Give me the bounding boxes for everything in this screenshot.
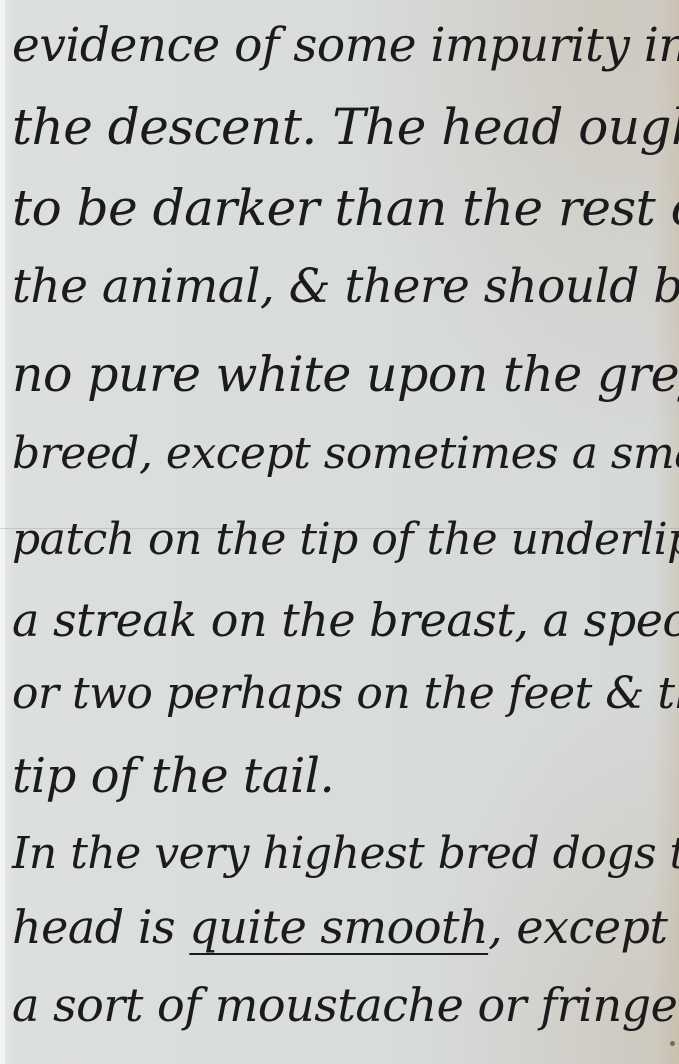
text-line-5: no pure white upon the grey (12, 350, 679, 399)
text-line-4: the animal, & there should be (12, 263, 679, 310)
text-line-3: to be darker than the rest of (12, 183, 679, 233)
text-line-12-before: head is (12, 900, 189, 954)
paper-edge (0, 0, 5, 1064)
text-line-2: the descent. The head ought (12, 102, 679, 152)
text-line-1: evidence of some impurity in (12, 22, 679, 69)
underlined-phrase: quite smooth (189, 900, 488, 954)
text-line-9: or two perhaps on the feet & the (12, 672, 679, 716)
text-line-13: a sort of moustache or fringe (12, 982, 677, 1028)
manuscript-page: evidence of some impurity in the descent… (0, 0, 679, 1064)
text-line-11: In the very highest bred dogs the (12, 832, 679, 876)
ink-stain (670, 1041, 675, 1046)
text-line-10: tip of the tail. (12, 752, 334, 800)
text-line-8: a streak on the breast, a speck (12, 597, 679, 643)
text-line-7: patch on the tip of the underlip (12, 518, 679, 562)
text-line-12: head is quite smooth, except (12, 904, 667, 950)
text-line-6: breed, except sometimes a small (12, 432, 679, 476)
text-line-12-after: , except (488, 900, 667, 954)
